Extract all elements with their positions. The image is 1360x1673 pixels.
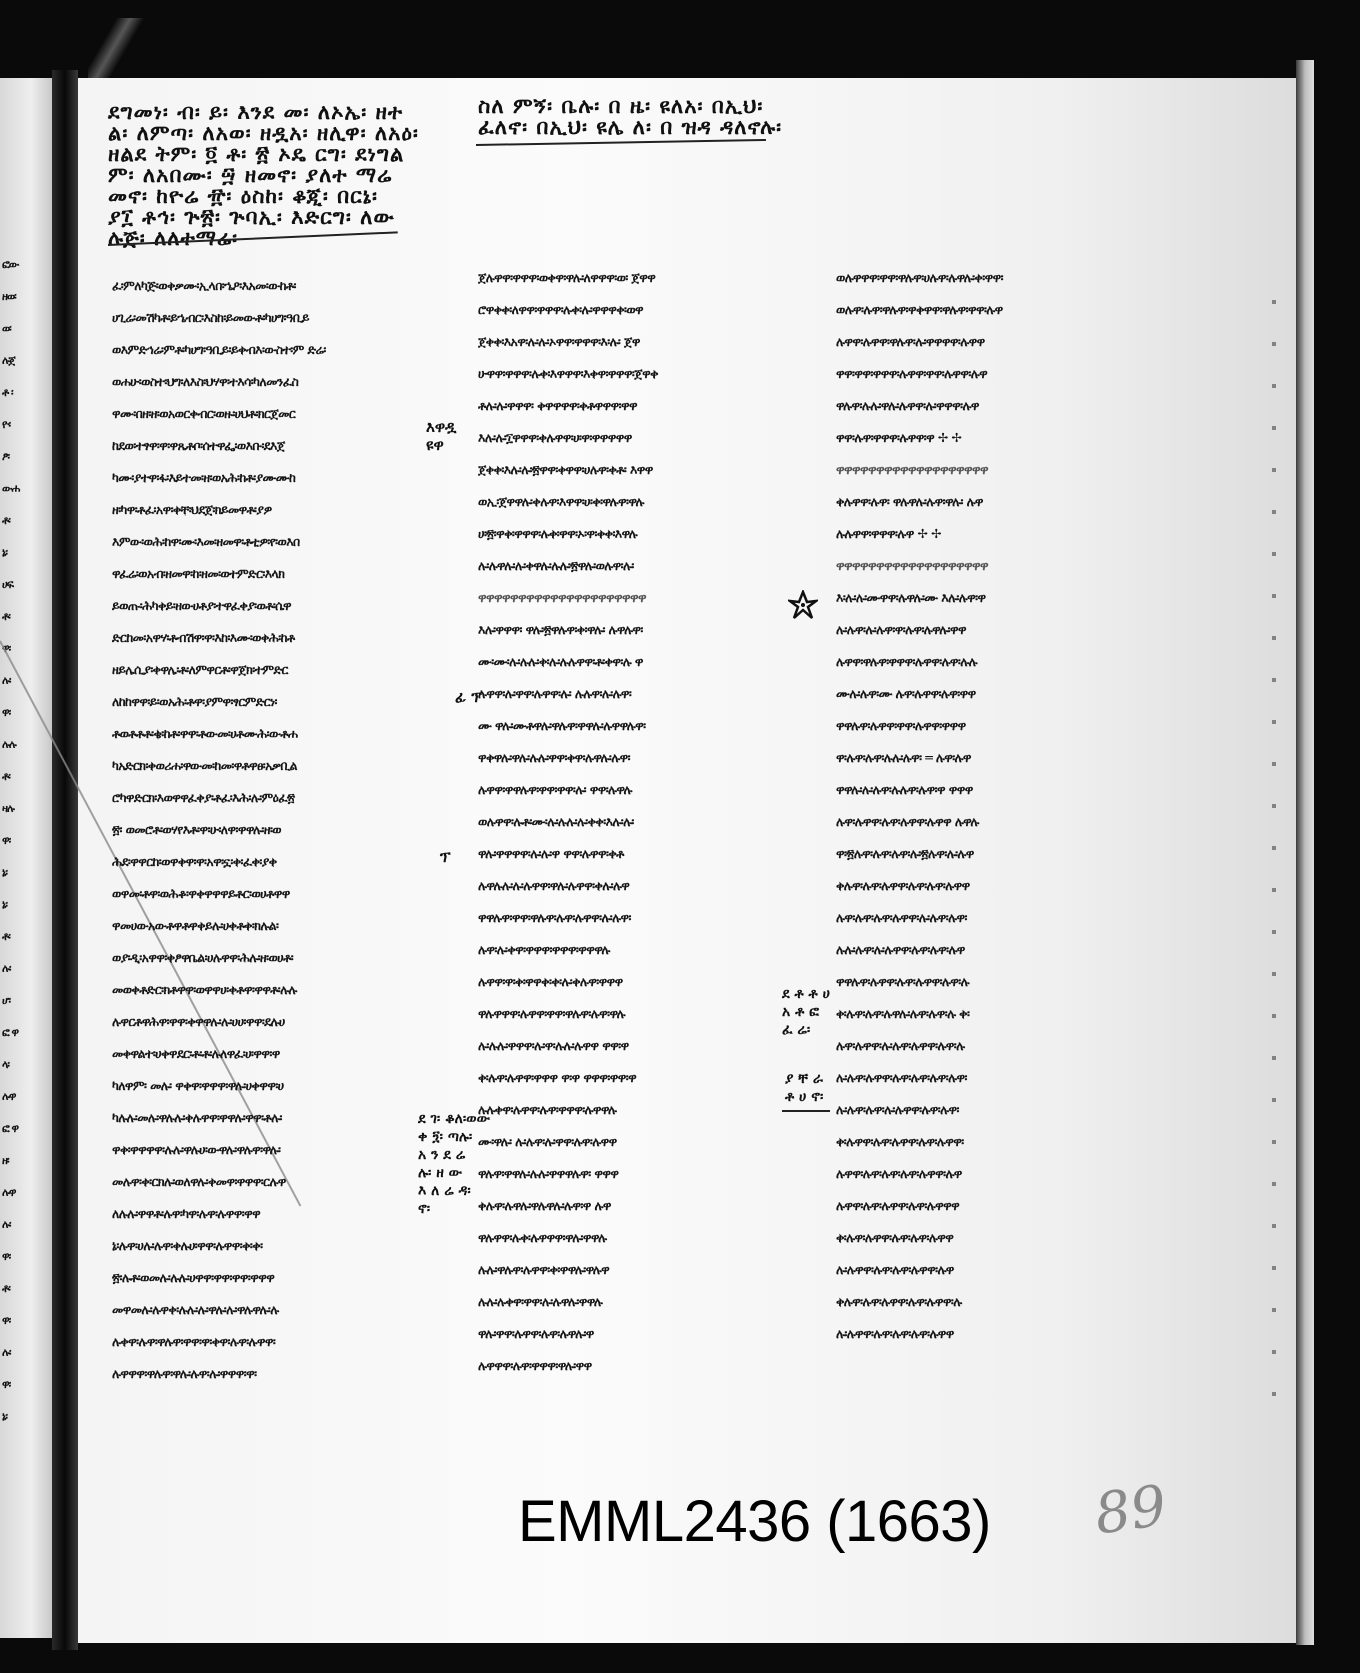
text-line: ቀሉዋ፡ሉዋ፡ሉዋዋ፡ሉዋ፡ሉዋ፡ሉዋዋ xyxy=(836,870,1146,902)
text-line: ሮዋቀቀ፡ለዋዋ፡ዋዋዋ፡ሉቀ፡ሉ፡ዋዋዋቀ፡ወዋ xyxy=(478,294,788,326)
text-line: ሉ፡ሉዋ፡ሉ፡ሉዋ፡ዋ፡ሉዋ፡ሉዋሉ፡ዋዋ xyxy=(836,614,1146,646)
text-line: ሉሉቀዋ፡ሉዋዋ፡ሉዋ፡ዋዋዋ፡ሉዋዋሉ xyxy=(478,1094,788,1126)
text-line: ዋዋዋዋዋዋዋዋዋዋዋዋዋዋዋዋዋዋዋ xyxy=(836,454,1146,486)
text-line: ዋዋዋዋዋዋዋዋዋዋዋዋዋዋዋዋዋዋዋዋዋ xyxy=(478,582,788,614)
text-line: ሉ፡ሉዋዋ፡ሉዋ፡ሉዋ፡ሉዋ፡ሉዋዋ xyxy=(836,1318,1146,1350)
page-edge xyxy=(1296,60,1314,1645)
text-line: ሀ፡፳፡ዋቀ፡ዋዋዋ፡ሉቀ፡ዋዋ፡ኦ፡ዋ፡ቀቀ፡እዋሉ xyxy=(478,518,788,550)
text-line: ቀሉዋ፡ሉዋ፡ሉዋዋ፡ሉዋ፡ሉዋዋ፡ሉ xyxy=(836,1286,1146,1318)
text-column-1: ፈ፡ምለካጅ፡ወቀቃሙ፡ኢላበ፡ኄዖ፡እአመ፡ውከቶ፡ሀጊሬ፡መሽካቶ፡ይኄብር… xyxy=(112,270,442,1390)
text-line: ዋፈሬ፡ወአብ፡ዘመዋ፡ከ፡ዘመ፡ወተምድር፡እላክ xyxy=(112,558,442,590)
facing-page-text-fragment: ኔ፡ xyxy=(2,546,50,560)
facing-page-text-fragment: ቶ ፡ xyxy=(2,386,50,400)
text-line: እ፡ሉ፡ሉ፡ሙዋዋ፡ሉዋሉ፡ሙ እሉ፡ሉዋ፡ዋ xyxy=(836,582,1146,614)
facing-page-text-fragment: ዋ፡ xyxy=(2,642,50,656)
text-line: ሉዋዋ፡ሉዋ፡ሉዋ፡ሉዋ፡ሉዋዋ፡ሉዋ xyxy=(836,1158,1146,1190)
text-line: ጀሉዋዋ፡ዋዋዋ፡ወቀዋ፡ዋሉ፡ለዋዋዋ፡ወ፡ ጀዋዋ xyxy=(478,262,788,294)
cross-icon xyxy=(788,590,818,620)
facing-page-text-fragment: ቶ፡ xyxy=(2,770,50,784)
text-line: ሉ፡ሉዋሉ፡ሉ፡ቀዋሉ፡ሉሉ፡፳ዋሉ፡ወሉዋ፡ሉ፡ xyxy=(478,550,788,582)
text-line: ፈ፡ምለካጅ፡ወቀቃሙ፡ኢላበ፡ኄዖ፡እአመ፡ውከቶ፡ xyxy=(112,270,442,302)
facing-page-text-fragment: ዋ፡ xyxy=(2,1314,50,1328)
text-line: ዋሉዋዋዋ፡ሉዋዋ፡ዋዋ፡ዋሉዋ፡ሉዋ፡ዋሉ xyxy=(478,998,788,1030)
text-line: ሙሉ፡ሉዋ፡ሙ ሉዋ፡ሉዋዋ፡ሉዋ፡ዋዋ xyxy=(836,678,1146,710)
text-line: ሉዋዋ፡ሉዋዋ፡ዋሉዋ፡ሉ፡ዋዋዋዋ፡ሉዋዋ xyxy=(836,326,1146,358)
manuscript-label: EMML2436 (1663) xyxy=(518,1488,991,1555)
text-line: እምው፡ወሕ፡ከዋ፡ሙ፡እመ፡ዘመዋ፡ቶቲዎ፡የ፡ወእበ xyxy=(112,526,442,558)
header-line: ል፡ ለምጣ፡ ለአወ፡ ዘዷአ፡ ዘሊዋ፡ ለአዕ፡ xyxy=(108,123,419,144)
text-line: ካሉሉ፡መሉ፡ዋሉሉ፡ቀሉዋዋ፡ዋዋሉ፡ዋዋ፡ቶሉ፡ xyxy=(112,1102,442,1134)
header-note-right: ስለ ምኝ፡ ቤሉ፡ በ ዜ፡ ዩለአ፡ በኢህ፡ፈለኖ፡ በኢህ፡ ዩሌ ለ፡… xyxy=(478,96,782,138)
text-line: ቀሉዋ፡ሉዋሉ፡ዋሉዋሉ፡ሉዋ፡ዋ ሉዋ xyxy=(478,1190,788,1222)
text-line: ወያ፡ዲ፡አዋዋ፡ቀፆዋቤል፡ሀሉዋዋ፡ሕሉ፡ዘ፡ወሀቶ፡ xyxy=(112,942,442,974)
text-line: ዋ፡ሉዋ፡ሉዋ፡ሉሉ፡ሉዋ፡ ═ ሉዋ፡ሉዋ xyxy=(836,742,1146,774)
text-line: ኔ፡ሉዋ፡ሀሉ፡ሉዋ፡ቀሉሀ፡ዋዋ፡ሉዋዋ፡ቀ፡ቀ፡ xyxy=(112,1230,442,1262)
text-line: ፳፡ሉቶ፡ወመሉ፡ሉሉ፡ሀዋዋ፡ዋዋ፡ዋዋ፡ዋዋዋ xyxy=(112,1262,442,1294)
text-line: መዋመሉ፡ሉዋቀ፡ሉሉ፡ሉ፡ዋሉ፡ሉ፡ዋሉዋሉ፡ሉ xyxy=(112,1294,442,1326)
margin-note-underline xyxy=(782,1110,830,1112)
text-line: ሙ፡ዋሉ፡ ሉ፡ሉዋ፡ሉ፡ዋዋ፡ሉዋ፡ሉዋዋ xyxy=(478,1126,788,1158)
margin-note: ፊ ፕ xyxy=(455,688,482,706)
facing-page-text-fragment: ቶ፡ xyxy=(2,1282,50,1296)
text-line: ወእምድኅሬ፡ምቶ፡ካሀግ፡ዓቢይ፡ይቀብእ፡ውስተ፡ም ድሬ፡ xyxy=(112,334,442,366)
facing-page-text-fragment: ወ፡ xyxy=(2,322,50,336)
text-line: ሉሉ፡ሉቀዋ፡ዋዋ፡ሉ፡ሉዋሉ፡ዋዋሉ xyxy=(478,1286,788,1318)
text-line: ዋሉ፡ዋዋዋዋ፡ሉ፡ሉ፡ዋ ዋዋ፡ሉዋዋ፡ቀቶ xyxy=(478,838,788,870)
text-line: ዋዋ፡ሉዋ፡ዋዋዋ፡ሉዋዋ፡ዋ ✢ ✢ xyxy=(836,422,1146,454)
header-line: ፈለኖ፡ በኢህ፡ ዩሌ ለ፡ በ ዝዳ ዳለኖሉ፡ xyxy=(478,117,782,138)
margin-note: እዋዷ ዩዋ xyxy=(426,418,456,454)
facing-page-text-fragment: ሆ፡ xyxy=(2,994,50,1008)
text-line: ሉዋዋ፡ሉ፡ዋዋ፡ሉዋዋ፡ሉ፡ ሉሉዋ፡ሉ፡ሉዋ፡ xyxy=(478,678,788,710)
text-line: ድርከመ፡አዋሃ፡ቶብሽዋ፡ዋ፡እከ፡እሙ፡ወቀሕ፡ከቶ xyxy=(112,622,442,654)
text-line: ሉሉ፡ዋሉዋ፡ሉዋዋ፡ቀ፡ዋዋሉ፡ዋሉዋ xyxy=(478,1254,788,1286)
text-line: ዋሙ፡በዘ፡ዘ፡ወአወርቀብር፡ወዙ፡ሀህቶ፡ክርጀመር xyxy=(112,398,442,430)
text-line: ከደወ፡ተፃዋ፡ዋ፡ዋጼቶቦ፡ሰተዋፌ፡ወእቡ፡ደእጀ xyxy=(112,430,442,462)
text-column-2: ጀሉዋዋ፡ዋዋዋ፡ወቀዋ፡ዋሉ፡ለዋዋዋ፡ወ፡ ጀዋዋሮዋቀቀ፡ለዋዋ፡ዋዋዋ፡… xyxy=(478,262,788,1382)
text-line: መሉዋ፡ቀ፡ርክሉ፡ወለዋሉ፡ቀመዋ፡ዋዋዋ፡ርሉዋ xyxy=(112,1166,442,1198)
facing-page-fragment: ፎውዘወ፡ወ፡ሉጀቶ ፡ዮ፡ፆ፡ውሐቶ፡ኔ፡ሀፍቶ፡ዋ፡ሉ፡ዋ፡ሉሉቶ፡ዛሉዋ፡… xyxy=(0,78,52,1638)
text-line: ዋ፡፳ሉዋ፡ሉዋ፡ሉዋ፡ሉ፡፳ሉዋ፡ሉ፡ሉዋ xyxy=(836,838,1146,870)
text-line: ሉዋዋዋ፡ሉዋ፡ዋዋዋ፡ዋሉ፡ዋዋ xyxy=(478,1350,788,1382)
text-line: ዘይሌሲያ፡ቀዋሌ፡ቶ፡ለምዋርቶ፡ዋጀክ፡ተምድር xyxy=(112,654,442,686)
facing-page-text-fragment: ዋ፡ xyxy=(2,834,50,848)
facing-page-text-fragment: ዛሉ xyxy=(2,802,50,816)
text-line: ሉ፡ሉዋዋ፡ሉዋ፡ሉዋ፡ሉዋዋ፡ሉዋ xyxy=(836,1254,1146,1286)
facing-page-text-fragment: ሉ፡ xyxy=(2,1218,50,1232)
text-line: ሀጊሬ፡መሽካቶ፡ይኄብር፡እስከ፡ይመውቶ፡ካሀግ፡ዓቢይ xyxy=(112,302,442,334)
facing-page-text-fragment: ሉ፡ xyxy=(2,1346,50,1360)
text-line: ወሐሁ፡ወስተ፡ህግ፡ለእስ፡ህሃዋ፡ተእሳ፡ካለመንፈስ xyxy=(112,366,442,398)
text-line: ሉቀዋ፡ሉዋ፡ዋሉዋ፡ዋዋ፡ዋ፡ቀዋ፡ሉዋ፡ሉዋዋ፡ xyxy=(112,1326,442,1358)
margin-note: ደ ገ፡ ቆለ፡ወው ቀ ፺፡ ጣሉ፡ አ ን ደ ሬ ሉ፡ ዘ ው እ ለ ሬ… xyxy=(418,1110,490,1218)
text-line: ዋሉዋ፡ሉሉ፡ዋሉ፡ሉዋዋ፡ሉ፡ዋዋዋ፡ሉዋ xyxy=(836,390,1146,422)
header-note-left: ደግመነ፡ ብ፡ ይ፡ እንደ መ፡ ለኦኤ፡ ዘተል፡ ለምጣ፡ ለአወ፡ ዘ… xyxy=(108,102,419,249)
facing-page-text-fragment: ሉዋ xyxy=(2,1186,50,1200)
text-line: ሙ፡ሙ፡ሉ፡ሉሉ፡ቀ፡ሉ፡ሉሉዋዋ፡ቶ፡ቀዋ፡ሉ ዋ xyxy=(478,646,788,678)
header-line: ደግመነ፡ ብ፡ ይ፡ እንደ መ፡ ለኦኤ፡ ዘተ xyxy=(108,102,419,123)
text-line: ቶሉ፡ሉ፡ዋዋዋ፡ ቀዋዋዋዋ፡ቀቶዋዋዋ፡ዋዋ xyxy=(478,390,788,422)
text-line: ሉዋ፡ሉዋዋ፡ሉ፡ሉዋ፡ሉዋዋ፡ሉዋ፡ሉ xyxy=(836,1030,1146,1062)
text-line: ሉዋዋዋ፡ዋሉዋ፡ዋሉ፡ሉዋ፡ሉ፡ዋዋዋ፡ዋ፡ xyxy=(112,1358,442,1390)
facing-page-text-fragment: ውሐ xyxy=(2,482,50,496)
text-line: ሉሉ፡ሉዋ፡ሉ፡ሉዋዋ፡ሉዋ፡ሉዋ፡ሉዋ xyxy=(836,934,1146,966)
facing-page-text-fragment: ዋ፡ xyxy=(2,706,50,720)
text-column-3: ወሉዋዋዋ፡ዋዋ፡ዋሉዋ፡ሀሉዋ፡ሉዋሉ፡ቀ፡ዋዋ፡ወሉዋ፡ሉዋ፡ዋሉዋ፡ዋቀዋ… xyxy=(836,262,1146,1350)
facing-page-text-fragment: ሉ፡ xyxy=(2,674,50,688)
text-line: ሉዋ፡ሉ፡ቀዋ፡ዋዋዋ፡ዋዋዋ፡ዋዋዋሉ xyxy=(478,934,788,966)
text-line: ዋሉ፡ዋዋ፡ሉዋዋ፡ሉዋ፡ሉዋሉ፡ዋ xyxy=(478,1318,788,1350)
text-line: ካሙ፡ያተዋ፡ፋ፡እይተመ፡ዘ፡ወአሕ፡ከቶ፡ያሙሙከ xyxy=(112,462,442,494)
text-line: ዘ፡ካዋ፡ቶፈ፡አዋ፡ቀቸ፡ህደጀ፡ክይመዋቶ፡ያዎ xyxy=(112,494,442,526)
text-line: መቀዋልተ፡ሀቀዋደር፡ቶ፡ቶ፡ሉለዋፈ፡ሀ፡ዋዋ፡ዋ xyxy=(112,1038,442,1070)
text-line: ወዋመ፡ቶዋ፡ወሕቆ፡ዋቀዋዋዋይቶር፡ወሀቶዋዋ xyxy=(112,878,442,910)
text-line: መወቀቶድር፡ክቶዋዋ፡ወዋዋሀ፡ቀቶዋ፡ዋዋቶ፡ሉሉ xyxy=(112,974,442,1006)
text-line: ፳፡ ወመሮቶ፡ወሃየእቶ፡ዋ፡ሁ፡ለዋ፡ዋዋሉ፡ዘ፡ወ xyxy=(112,814,442,846)
text-line: ወሉዋዋዋ፡ዋዋ፡ዋሉዋ፡ሀሉዋ፡ሉዋሉ፡ቀ፡ዋዋ፡ xyxy=(836,262,1146,294)
text-line: ዋዋሉዋ፡ሉዋዋ፡ሉዋ፡ሉዋዋ፡ሉዋ፡ሉ xyxy=(836,966,1146,998)
facing-page-text-fragment: ሉጀ xyxy=(2,354,50,368)
facing-page-text-fragment: ቶ፡ xyxy=(2,610,50,624)
text-line: ዋዋዋዋዋዋዋዋዋዋዋዋዋዋዋዋዋዋዋ xyxy=(836,550,1146,582)
book-gutter xyxy=(52,70,78,1650)
text-line: ሉዋዋ፡ዋሉዋ፡ዋዋዋ፡ሉዋዋ፡ሉዋ፡ሉሉ xyxy=(836,646,1146,678)
facing-page-text-fragment: ሉ፡ xyxy=(2,962,50,976)
text-line: ቀ፡ሉዋዋ፡ሉዋ፡ሉዋዋ፡ሉዋ፡ሉዋዋ፡ xyxy=(836,1126,1146,1158)
text-line: ወኢ፡ጀዋዋሉ፡ቀሉዋ፡እዋዋ፡ሀ፡ቀ፡ዋሉዋ፡ዋሉ xyxy=(478,486,788,518)
text-line: ሉሉዋዋ፡ዋዋዋ፡ሉዋ ✢ ✢ xyxy=(836,518,1146,550)
text-line: ዋሉዋዋ፡ሉቀ፡ሉዋዋዋ፡ዋሉ፡ዋዋሉ xyxy=(478,1222,788,1254)
header-line: ያ፲ ቶኅ፡ ጕ፳፡ ጕባኢ፡ እድርግ፡ ለው xyxy=(108,207,419,228)
text-line: ዋቀ፡ዋዋዋዋ፡ሉሉ፡ዋሉሀ፡ውዋሉ፡ዋሉዋ፡ዋሉ፡ xyxy=(112,1134,442,1166)
header-line: ስለ ምኝ፡ ቤሉ፡ በ ዜ፡ ዩለአ፡ በኢህ፡ xyxy=(478,96,782,117)
facing-page-text-fragment: ፆ፡ xyxy=(2,450,50,464)
text-line: ሉዋ፡ሉዋዋ፡ሉዋ፡ሉዋዋ፡ሉዋዋ ሉዋሉ xyxy=(836,806,1146,838)
text-line: ዋዋሉ፡ሉ፡ሉዋ፡ሉሉዋ፡ሉዋ፡ዋ ዋዋዋ xyxy=(836,774,1146,806)
facing-page-text-fragment: ሀፍ xyxy=(2,578,50,592)
header-line: ዘልደ ትም፡ ፬ ቶ፡ ፳ ኦዴ ርግ፡ ደነግል xyxy=(108,144,419,165)
text-line: ወሉዋዋ፡ሉቶ፡ሙ፡ሉ፡ሉሉ፡ሉ፡ቀቀ፡እሉ፡ሉ፡ xyxy=(478,806,788,838)
text-line: ወሉዋ፡ሉዋ፡ዋሉዋ፡ዋቀዋዋ፡ዋሉዋ፡ዋዋ፡ሉዋ xyxy=(836,294,1146,326)
text-line: እሉ፡ዋዋዋ፡ ዋሉ፡፳ዋሉዋ፡ቀ፡ዋሉ፡ ሉዋሉዋ፡ xyxy=(478,614,788,646)
text-line: ሁዋዋ፡ዋዋዋ፡ሉቀ፡እዋዋዋ፡እቀዋ፡ዋዋዋ፡ጀዋቀ xyxy=(478,358,788,390)
text-line: ቀ፡ሉዋ፡ሉዋዋ፡ዋዋዋ ዋ፡ዋ ዋዋዋ፡ዋዋ፡ዋ xyxy=(478,1062,788,1094)
text-line: ይወጡ፡ሕካቀይ፡ዘውሀቶያ፡ተዋፈቀያ፡ወቶ፡ሴዋ xyxy=(112,590,442,622)
margin-note: ደ ቶ ቶ ሀ አ ቶ ፎ ፈ ሬ፡ xyxy=(782,985,830,1039)
facing-page-text-fragment: ዘ፡ xyxy=(2,1154,50,1168)
text-line: ቀ፡ሉዋ፡ሉዋ፡ሉዋሉ፡ሉዋ፡ሉዋ፡ሉ ቀ፡ xyxy=(836,998,1146,1030)
facing-page-text-fragment: ሉሉ xyxy=(2,738,50,752)
ruling-prick-marks xyxy=(1272,300,1276,1430)
text-line: ሉዋሉሉ፡ሉ፡ሉዋዋ፡ዋሉ፡ሉዋዋ፡ቀሉ፡ሉዋ xyxy=(478,870,788,902)
facing-page-text-fragment: ፎ ዋ xyxy=(2,1026,50,1040)
facing-page-text-fragment: ላ፡ xyxy=(2,1058,50,1072)
folio-number: 89 xyxy=(1091,1473,1171,1547)
facing-page-text-fragment: ፎ ዋ xyxy=(2,1122,50,1136)
text-line: ቀሉዋዋ፡ሉዋ፡ ዋሉዋሉ፡ሉዋ፡ዋሉ፡ ሉዋ xyxy=(836,486,1146,518)
facing-page-text-fragment: ዘወ፡ xyxy=(2,290,50,304)
text-line: ሕደ፡ዋዋርከ፡ወዋቀዋ፡ዋ፡አዋ፡ኗ፡ቀ፡ፈቀ፡ያቀ xyxy=(112,846,442,878)
facing-page-text-fragment: ኔ፡ xyxy=(2,898,50,912)
text-line: ዋቀዋሉ፡ዋሉ፡ሉሉ፡ዋዋ፡ቀዋ፡ሉዋሉ፡ሉዋ፡ xyxy=(478,742,788,774)
margin-note: ፕ xyxy=(440,848,451,866)
text-line: ሙ ዋሉ፡ሙቶዋሉ፡ዋሉዋ፡ዋዋሉ፡ሉዋዋሉዋ፡ xyxy=(478,710,788,742)
text-line: ሉ፡ሉሉ፡ዋዋዋ፡ሉ፡ዋ፡ሉሉ፡ሉዋዋ ዋዋ፡ዋ xyxy=(478,1030,788,1062)
text-line: ቀ፡ሉዋ፡ሉዋዋ፡ሉዋ፡ሉዋ፡ሉዋዋ xyxy=(836,1222,1146,1254)
text-line: ካለዋም፡ መሉ፡ ዋቀዋ፡ዋዋዋ፡ዋሉ፡ሀቀዋዋ፡ሀ xyxy=(112,1070,442,1102)
margin-note: ያ ቸ ራ ቶ ሀ ኖ፡ xyxy=(785,1070,823,1106)
facing-page-text-fragment: ኔ፡ xyxy=(2,1410,50,1424)
facing-page-text-fragment: ዋ፡ xyxy=(2,1378,50,1392)
text-line: ሉዋ፡ሉዋ፡ሉዋ፡ሉዋዋ፡ሉ፡ሉዋ፡ሉዋ፡ xyxy=(836,902,1146,934)
text-line: ዋዋ፡ዋዋ፡ዋዋዋ፡ሉዋዋ፡ዋዋ፡ሉዋዋ፡ሉዋ xyxy=(836,358,1146,390)
text-line: ሉ፡ሉዋ፡ሉዋ፡ሉ፡ሉዋዋ፡ሉዋ፡ሉዋ፡ xyxy=(836,1094,1146,1126)
facing-page-text-fragment: ዋ፡ xyxy=(2,1250,50,1264)
text-line: ሉ፡ሉዋ፡ሉዋዋ፡ሉዋ፡ሉዋ፡ሉዋ፡ሉዋ፡ xyxy=(836,1062,1146,1094)
scan-glare xyxy=(88,18,148,78)
text-line: ሉዋዋ፡ዋዋሉዋ፡ዋዋ፡ዋዋ፡ሉ፡ ዋዋ፡ሉዋሉ xyxy=(478,774,788,806)
text-line: ለከከዋዋ፡ይ፡ወአሕ፡ቶዋ፡ያምዋ፡ፃርምድርነ፡ xyxy=(112,686,442,718)
facing-page-text-fragment: ኔ፡ xyxy=(2,866,50,880)
text-line: እሉ፡ሉ፡፲ዋዋዋ፡ቀሉዋዋ፡ሀ፡ዋ፡ዋዋዋዋዋ xyxy=(478,422,788,454)
text-line: ጀቀቀ፡እአዋ፡ሉ፡ሉ፡ኦዋዋ፡ዋዋዋ፡እ፡ሉ፡ ጀዋ xyxy=(478,326,788,358)
text-line: ሮካዋድርክ፡እወዋዋፈቀያ፡ቶፈ፡እሕ፡ሉ፡ምዕፈ፳ xyxy=(112,782,442,814)
text-line: ዋዋሉዋ፡ዋዋ፡ዋሉዋ፡ሉዋ፡ሉዋዋ፡ሉ፡ሉዋ፡ xyxy=(478,902,788,934)
facing-page-text-fragment: ቶ፡ xyxy=(2,514,50,528)
text-line: ዋሉዋ፡ዋዋሉ፡ሉሉ፡ዋዋዋሉዋ፡ ዋዋዋ xyxy=(478,1158,788,1190)
facing-page-text-fragment: ሉዋ xyxy=(2,1090,50,1104)
facing-page-text-fragment: ፎው xyxy=(2,258,50,272)
text-line: ሉዋዋ፡ሉዋ፡ሉዋዋ፡ሉዋ፡ሉዋዋዋ xyxy=(836,1190,1146,1222)
text-line: ዋመሀውአውቶዋቶዋቀይሉ፡ሀቀቶቀ፡ክሉል፡ xyxy=(112,910,442,942)
text-line: ለሉሉ፡ዋዋቶ፡ሉዋ፡ካዋ፡ሉዋ፡ሉዋዋ፡ዋዋ xyxy=(112,1198,442,1230)
facing-page-text-fragment: ቶ፡ xyxy=(2,930,50,944)
header-line: መኖ፡ ከዮሬ ፹፡ ዕስከ፡ ቆጂ፡ በርኔ፡ xyxy=(108,186,419,207)
text-line: ዋዋሉዋ፡ሉዋዋ፡ዋዋ፡ሉዋዋ፡ዋዋዋ xyxy=(836,710,1146,742)
text-line: ሉዋዋ፡ዋ፡ቀ፡ዋዋቀ፡ቀ፡ሉ፡ቀሉዋ፡ዋዋዋ xyxy=(478,966,788,998)
text-line: ካአድርክ፡ቀወሪሐ፡ዋውመ፡ከመ፡ዋቶዋፀ፡አቃቢል xyxy=(112,750,442,782)
text-line: ሉዋርቶዋሕዋ፡ዋዋ፡ቀዋዋሉ፡ሉ፡ሀሀ፡ዋዋ፡ደሉሀ xyxy=(112,1006,442,1038)
facing-page-text-fragment: ዮ፡ xyxy=(2,418,50,432)
header-line: ም፡ ለአበሙ፡ ፵ ዘመኖ፡ ያለተ ማሬ xyxy=(108,165,419,186)
text-line: ጀቀቀ፡እሉ፡ሉ፡፳ዋዋ፡ቀዋዋ፡ሀሉዋ፡ቀቶ፡ እዋዋ xyxy=(478,454,788,486)
text-line: ቶወቶቶቶ፡ቄ፡ከቶ፡ዋዋ፡ቶውመ፡ሀቶሙሕ፡ውቶሐ xyxy=(112,718,442,750)
